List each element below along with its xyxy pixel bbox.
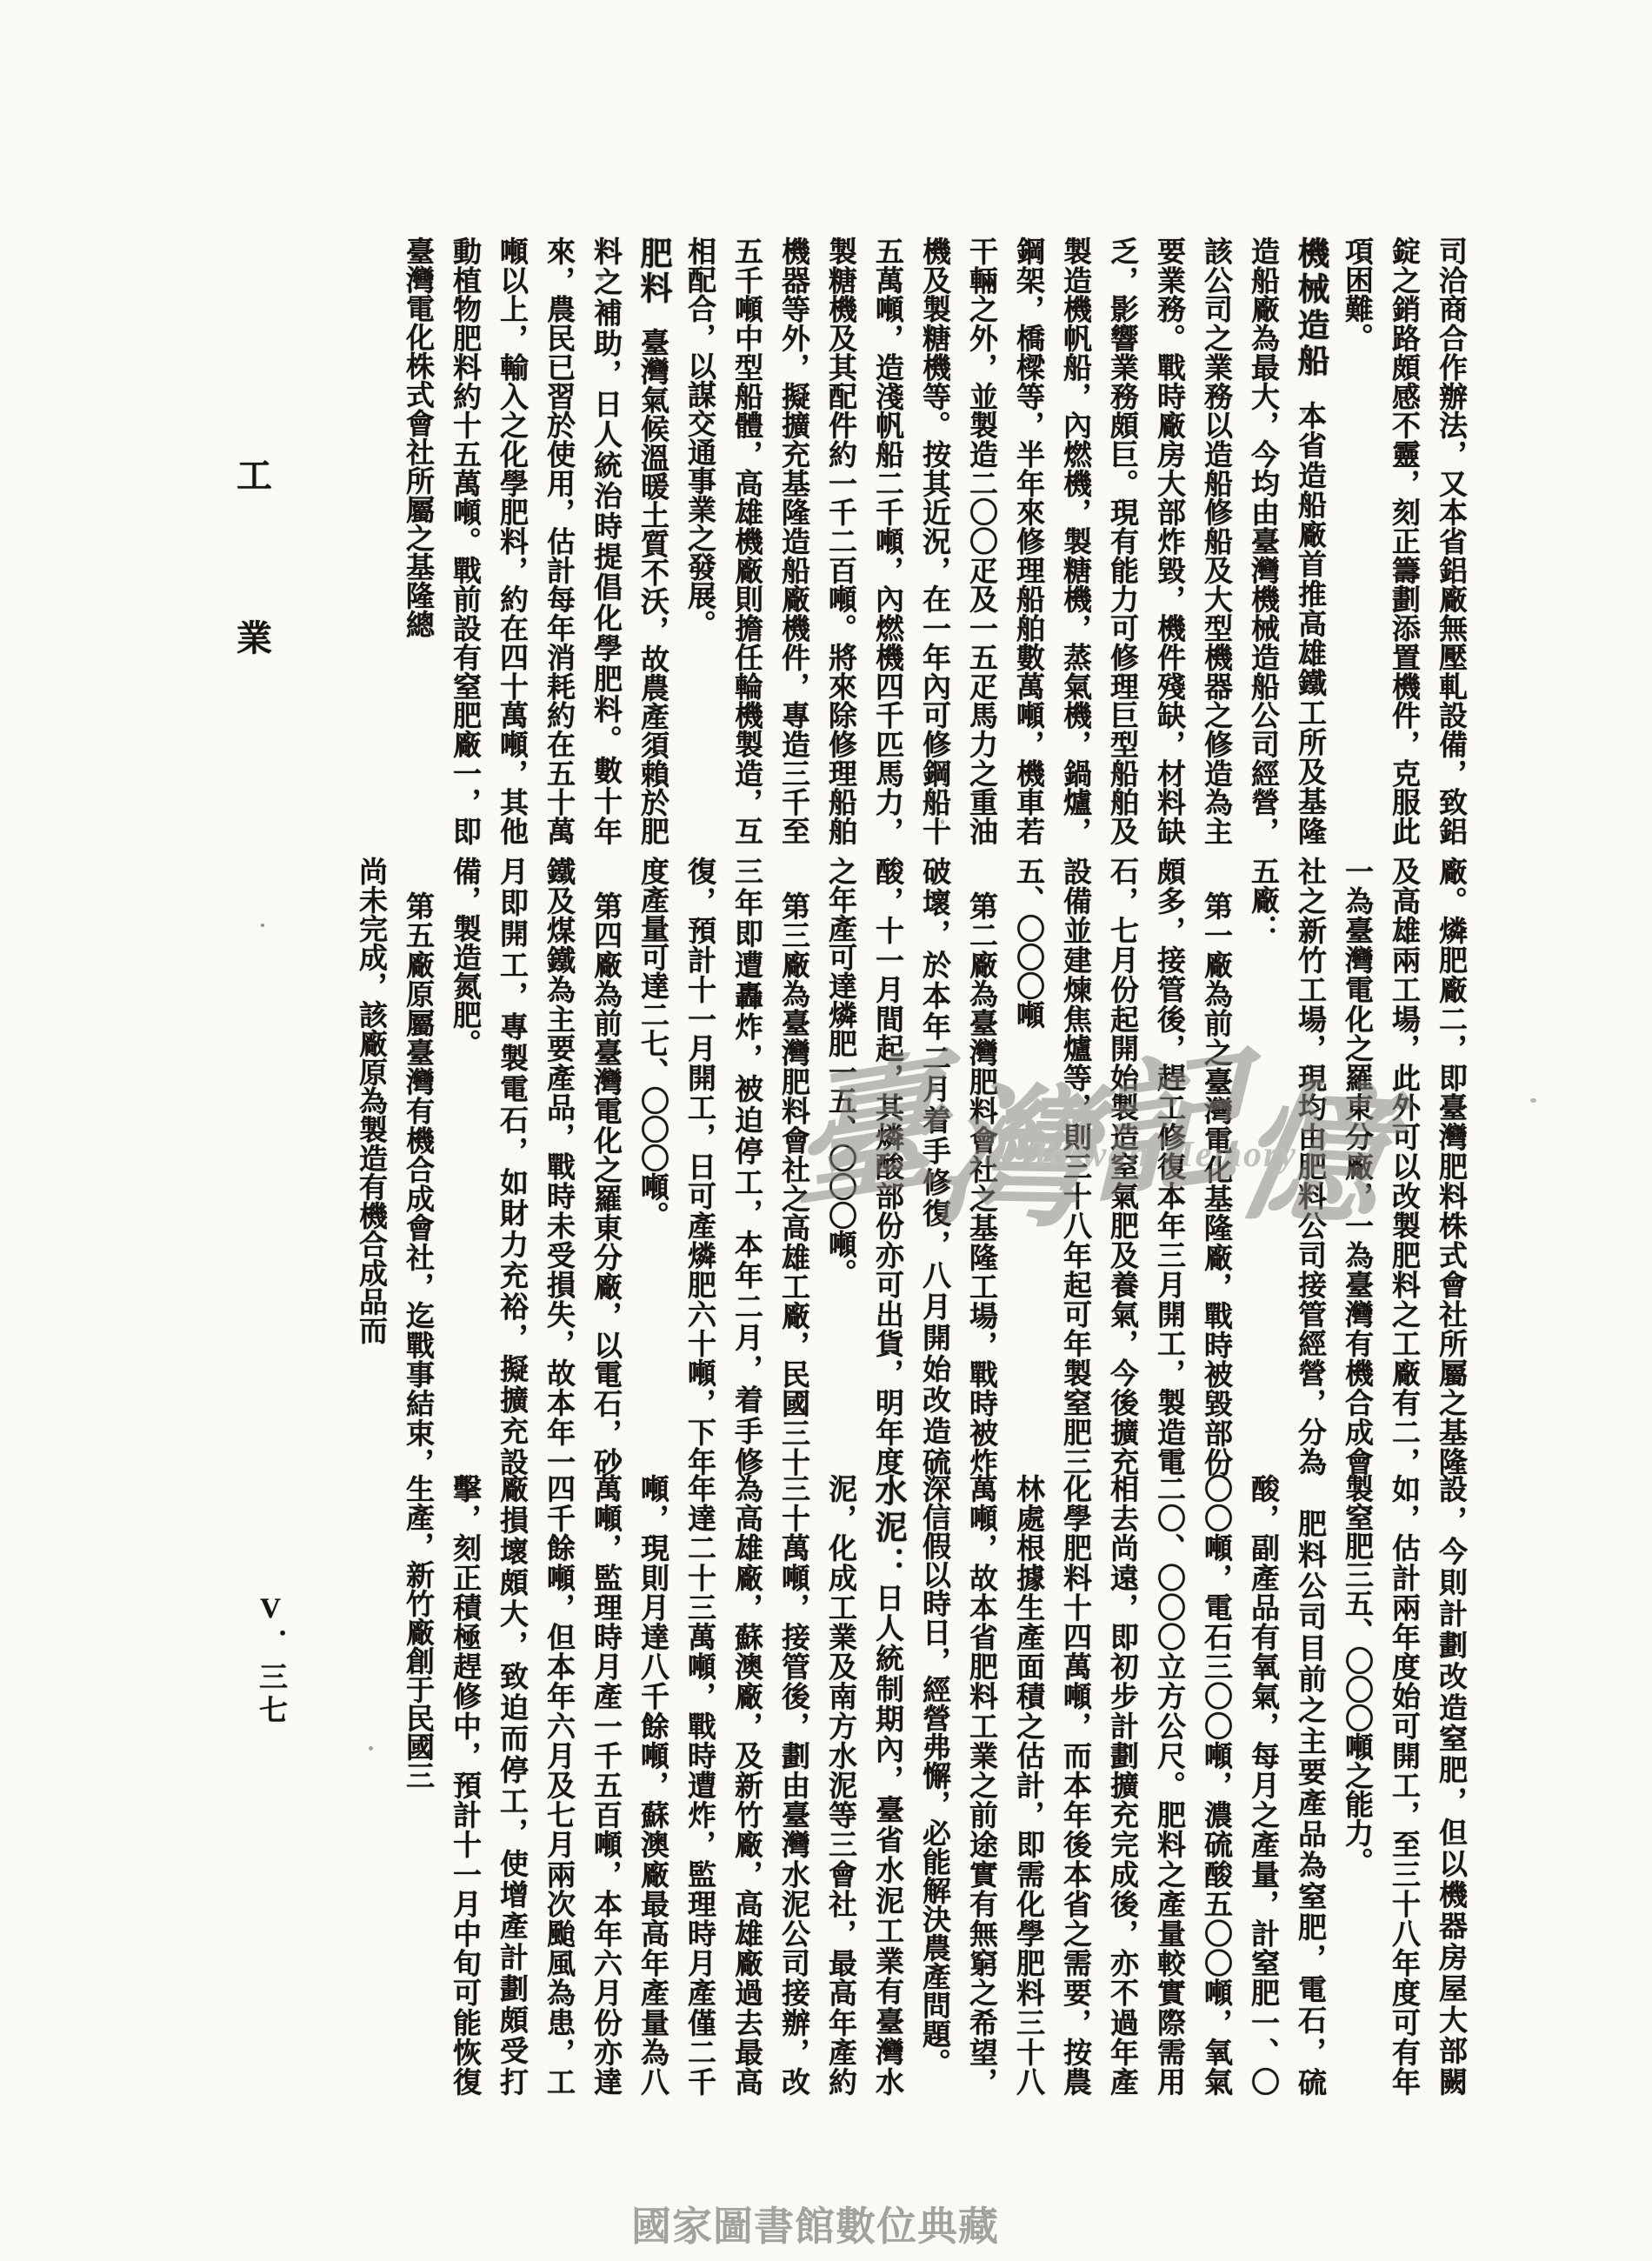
paragraph-text: 司洽商合作辦法，又本省鋁廠無壓軋設備，致鋁錠之銷路頗感不靈，刻正籌劃添置機件，克… (1341, 237, 1466, 845)
paragraph-text: 第五廠原屬臺灣有機合成會社，迄戰事結束，尚未完成，該廠原為製造有機合成品而 (355, 857, 433, 1476)
scan-speck (941, 819, 944, 824)
paragraph-third-plant: 第三廠為臺灣肥料會社之高雄工廠，民國三十三年即遭轟炸，被迫停工，本年二月，着手修… (629, 857, 816, 1476)
scan-speck (1530, 1098, 1536, 1103)
paragraph-text: 廠。燐肥廠二，即臺灣肥料株式會社所屬之基隆及高雄兩工場，此外可以改製肥料之工廠有… (1247, 857, 1466, 1476)
paragraph-text: 本省造船廠首推高雄鐵工所及基隆造船廠為最大，今均由臺灣機械造船公司經營，該公司之… (683, 237, 1325, 845)
paragraph-fifth-plant: 第五廠原屬臺灣有機合成會社，迄戰事結束，尚未完成，該廠原為製造有機合成品而 (347, 857, 441, 1476)
scan-speck (1302, 409, 1306, 414)
paragraph-text: 肥料公司目前之主要產品為窒肥，電石，硫酸，副產品有氧氣，每月之產量，計窒肥一、〇… (918, 1474, 1325, 2096)
paragraph-text: 第二廠為臺灣肥料會社之基隆工場，戰時被炸破壞，於本年二月着手修復，八月開始改造硫… (824, 857, 996, 1476)
paragraph-text: 日人統制期內，臺省水泥工業有臺灣水泥，化成工業及南方水泥等三會社，最高年產約三十… (402, 1474, 903, 2096)
archive-footer-caption: 國家圖書館數位典藏 (631, 2195, 999, 2252)
section-heading-cement: 水泥： (869, 1474, 905, 1583)
text-band-2: 廠。燐肥廠二，即臺灣肥料株式會社所屬之基隆及高雄兩工場，此外可以改製肥料之工廠有… (347, 857, 1474, 1476)
text-band-3: 設，今則計劃改造窒肥，但以機器房屋大部闕如，估計兩年度始可開工，至三十八年度可有… (394, 1474, 1474, 2096)
page-number: V．三七 (250, 1593, 291, 1728)
paragraph-cement: 水泥：日人統制期內，臺省水泥工業有臺灣水泥，化成工業及南方水泥等三會社，最高年產… (394, 1474, 910, 2096)
paragraph-machinery-shipbuilding: 機械造船本省造船廠首推高雄鐵工所及基隆造船廠為最大，今均由臺灣機械造船公司經營，… (676, 237, 1333, 845)
paragraph-text: 第三廠為臺灣肥料會社之高雄工廠，民國三十三年即遭轟炸，被迫停工，本年二月，着手修… (636, 857, 809, 1476)
section-heading-machinery-shipbuilding: 機械造船 (1292, 237, 1328, 380)
paragraph-fertilizer-output: 肥料公司目前之主要產品為窒肥，電石，硫酸，副產品有氧氣，每月之產量，計窒肥一、〇… (910, 1474, 1333, 2096)
paragraph-aluminum-continuation: 司洽商合作辦法，又本省鋁廠無壓軋設備，致鋁錠之銷路頗感不靈，刻正籌劃添置機件，克… (1333, 237, 1474, 845)
paragraph-second-plant: 第二廠為臺灣肥料會社之基隆工場，戰時被炸破壞，於本年二月着手修復，八月開始改造硫… (816, 857, 1004, 1476)
paragraph-fertilizer: 肥料臺灣氣候溫暖土質不沃，故農產須賴於肥料之補助，日人統治時提倡化學肥料。數十年… (394, 237, 676, 845)
margin-title-char: 業 (236, 610, 272, 661)
scanned-document-page: 工 業 V．三七 司洽商合作辦法，又本省鋁廠無壓軋設備，致鋁錠之銷路頗感不靈，刻… (0, 0, 1652, 2261)
paragraph-fifth-plant-continuation: 設，今則計劃改造窒肥，但以機器房屋大部闕如，估計兩年度始可開工，至三十八年度可有… (1333, 1474, 1474, 2096)
text-band-1: 司洽商合作辦法，又本省鋁廠無壓軋設備，致鋁錠之銷路頗感不靈，刻正籌劃添置機件，克… (394, 237, 1474, 845)
paragraph-text: 臺灣氣候溫暖土質不沃，故農產須賴於肥料之補助，日人統治時提倡化學肥料。數十年來，… (402, 237, 668, 845)
paragraph-fourth-plant: 第四廠為前臺灣電化之羅東分廠，以電石，砂鐵及煤鐵為主要產品，戰時未受損失，故本年… (441, 857, 629, 1476)
paragraph-fertilizer-plants-intro: 廠。燐肥廠二，即臺灣肥料株式會社所屬之基隆及高雄兩工場，此外可以改製肥料之工廠有… (1239, 857, 1474, 1476)
paragraph-first-plant: 第一廠為前之臺灣電化基隆廠，戰時被毀部份頗多，接管後，趕工修復本年三月開工，製造… (1004, 857, 1239, 1476)
margin-title-char: 工 (236, 447, 272, 498)
paragraph-text: 設，今則計劃改造窒肥，但以機器房屋大部闕如，估計兩年度始可開工，至三十八年度可有… (1341, 1474, 1466, 2096)
paragraph-text: 第四廠為前臺灣電化之羅東分廠，以電石，砂鐵及煤鐵為主要產品，戰時未受損失，故本年… (449, 857, 621, 1476)
scan-speck (369, 1746, 373, 1751)
margin-section-title: 工 業 (236, 447, 272, 661)
scan-speck (598, 277, 603, 281)
section-heading-fertilizer: 肥料 (635, 237, 670, 306)
paragraph-text: 第一廠為前之臺灣電化基隆廠，戰時被毀部份頗多，接管後，趕工修復本年三月開工，製造… (1012, 857, 1231, 1476)
scan-speck (261, 924, 264, 927)
